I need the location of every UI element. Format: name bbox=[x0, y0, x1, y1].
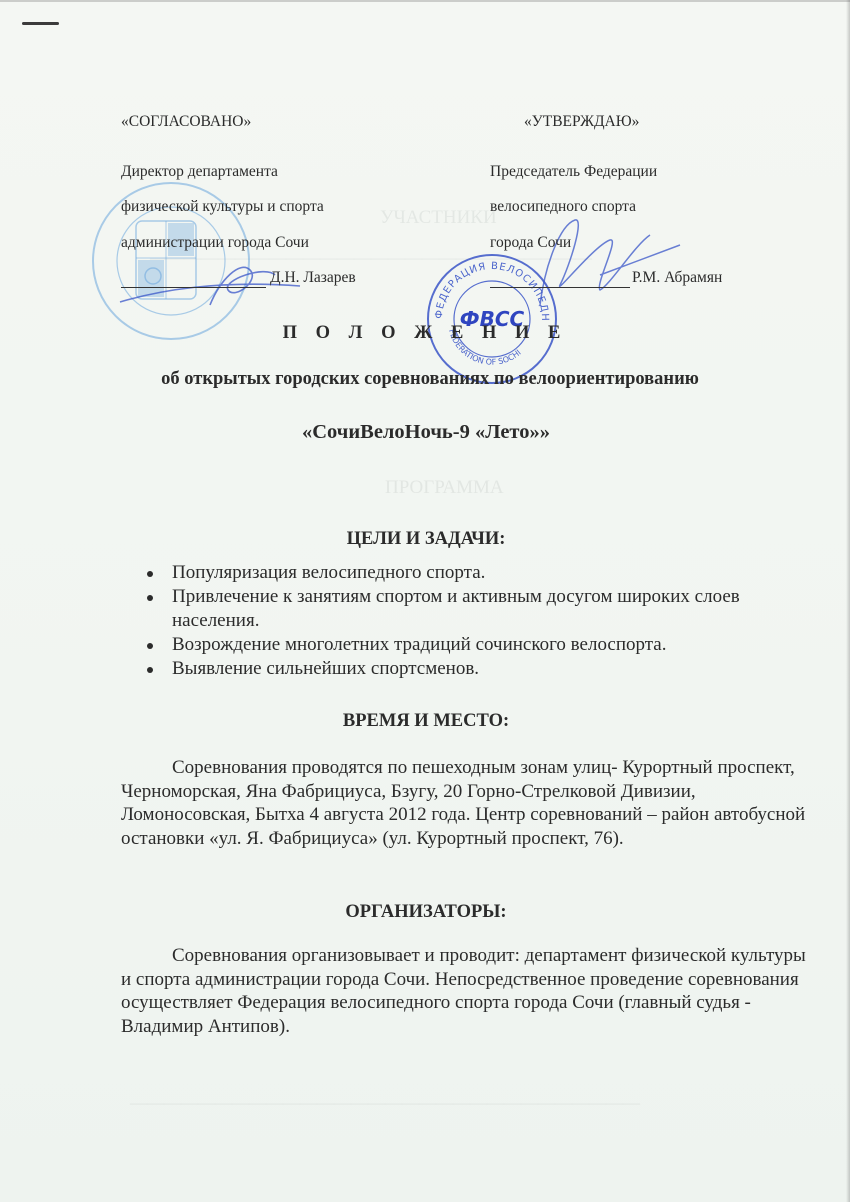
approval-right-line3: города Сочи bbox=[490, 234, 571, 252]
document-page: УЧАСТНИКИ —————————————————————————— ПРО… bbox=[0, 0, 850, 1202]
list-item: Выявление сильнейших спортсменов. bbox=[147, 657, 807, 681]
signature-right-icon bbox=[500, 205, 690, 315]
scan-edge-top bbox=[0, 0, 850, 2]
signature-line-right bbox=[490, 287, 630, 288]
approval-right-line1: Председатель Федерации bbox=[490, 163, 657, 181]
bullet-icon bbox=[147, 643, 153, 649]
bullet-icon bbox=[147, 667, 153, 673]
list-item: Популяризация велосипедного спорта. bbox=[147, 561, 807, 585]
goals-list: Популяризация велосипедного спорта. Прив… bbox=[147, 561, 807, 681]
section-heading-goals: ЦЕЛИ И ЗАДАЧИ: bbox=[0, 529, 850, 550]
scan-edge-right bbox=[846, 0, 850, 1202]
bleed-through-text: ПРОГРАММА bbox=[385, 470, 504, 506]
approval-left-signature-name: Д.Н. Лазарев bbox=[270, 269, 356, 287]
bleed-through-text: —————————————————————————————— bbox=[130, 1085, 640, 1121]
bullet-icon bbox=[147, 595, 153, 601]
approval-left-line3: администрации города Сочи bbox=[121, 234, 309, 252]
event-name: «СочиВелоНочь-9 «Лето»» bbox=[0, 421, 850, 444]
approval-right-signature-name: Р.М. Абрамян bbox=[632, 269, 722, 287]
bullet-icon bbox=[147, 571, 153, 577]
approval-right-heading: «УТВЕРЖДАЮ» bbox=[524, 113, 639, 131]
approval-left-heading: «СОГЛАСОВАНО» bbox=[121, 113, 251, 131]
section-heading-organizers: ОРГАНИЗАТОРЫ: bbox=[0, 902, 850, 923]
list-item: Возрождение многолетних традиций сочинск… bbox=[147, 633, 807, 657]
list-item: Привлечение к занятиям спортом и активны… bbox=[147, 585, 807, 633]
organizers-paragraph: Соревнования организовывает и проводит: … bbox=[121, 944, 811, 1038]
time-place-paragraph: Соревнования проводятся по пешеходным зо… bbox=[121, 756, 811, 850]
dash-mark bbox=[22, 22, 59, 25]
document-subtitle: об открытых городских соревнованиях по в… bbox=[0, 369, 850, 390]
signature-line-left bbox=[121, 287, 266, 288]
approval-left-line1: Директор департамента bbox=[121, 163, 278, 181]
bleed-through-text: УЧАСТНИКИ bbox=[380, 200, 497, 236]
approval-right-line2: велосипедного спорта bbox=[490, 198, 636, 216]
approval-left-line2: физической культуры и спорта bbox=[121, 198, 324, 216]
document-title: П О Л О Ж Е Н И Е bbox=[0, 323, 850, 344]
section-heading-time-place: ВРЕМЯ И МЕСТО: bbox=[0, 711, 850, 732]
